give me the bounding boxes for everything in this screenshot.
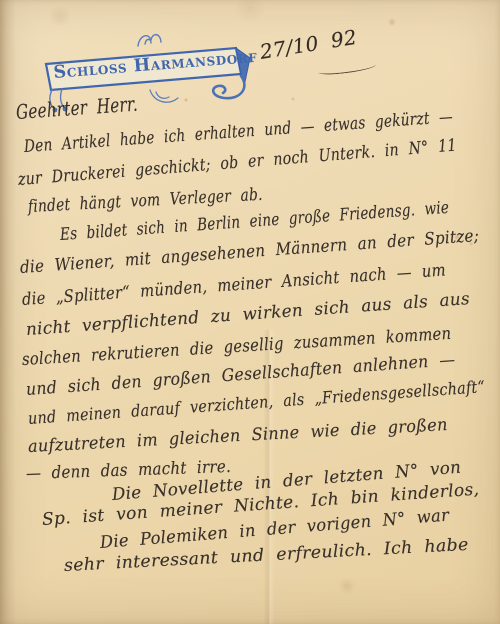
- letter-page: Schloss Harmansdorf 27/10 92 Geehrter He…: [0, 0, 500, 624]
- ribbon-curl: [213, 76, 244, 98]
- crown-flourish: [138, 35, 161, 46]
- center-flourish: [150, 90, 178, 102]
- paper-fold-left: [0, 0, 16, 624]
